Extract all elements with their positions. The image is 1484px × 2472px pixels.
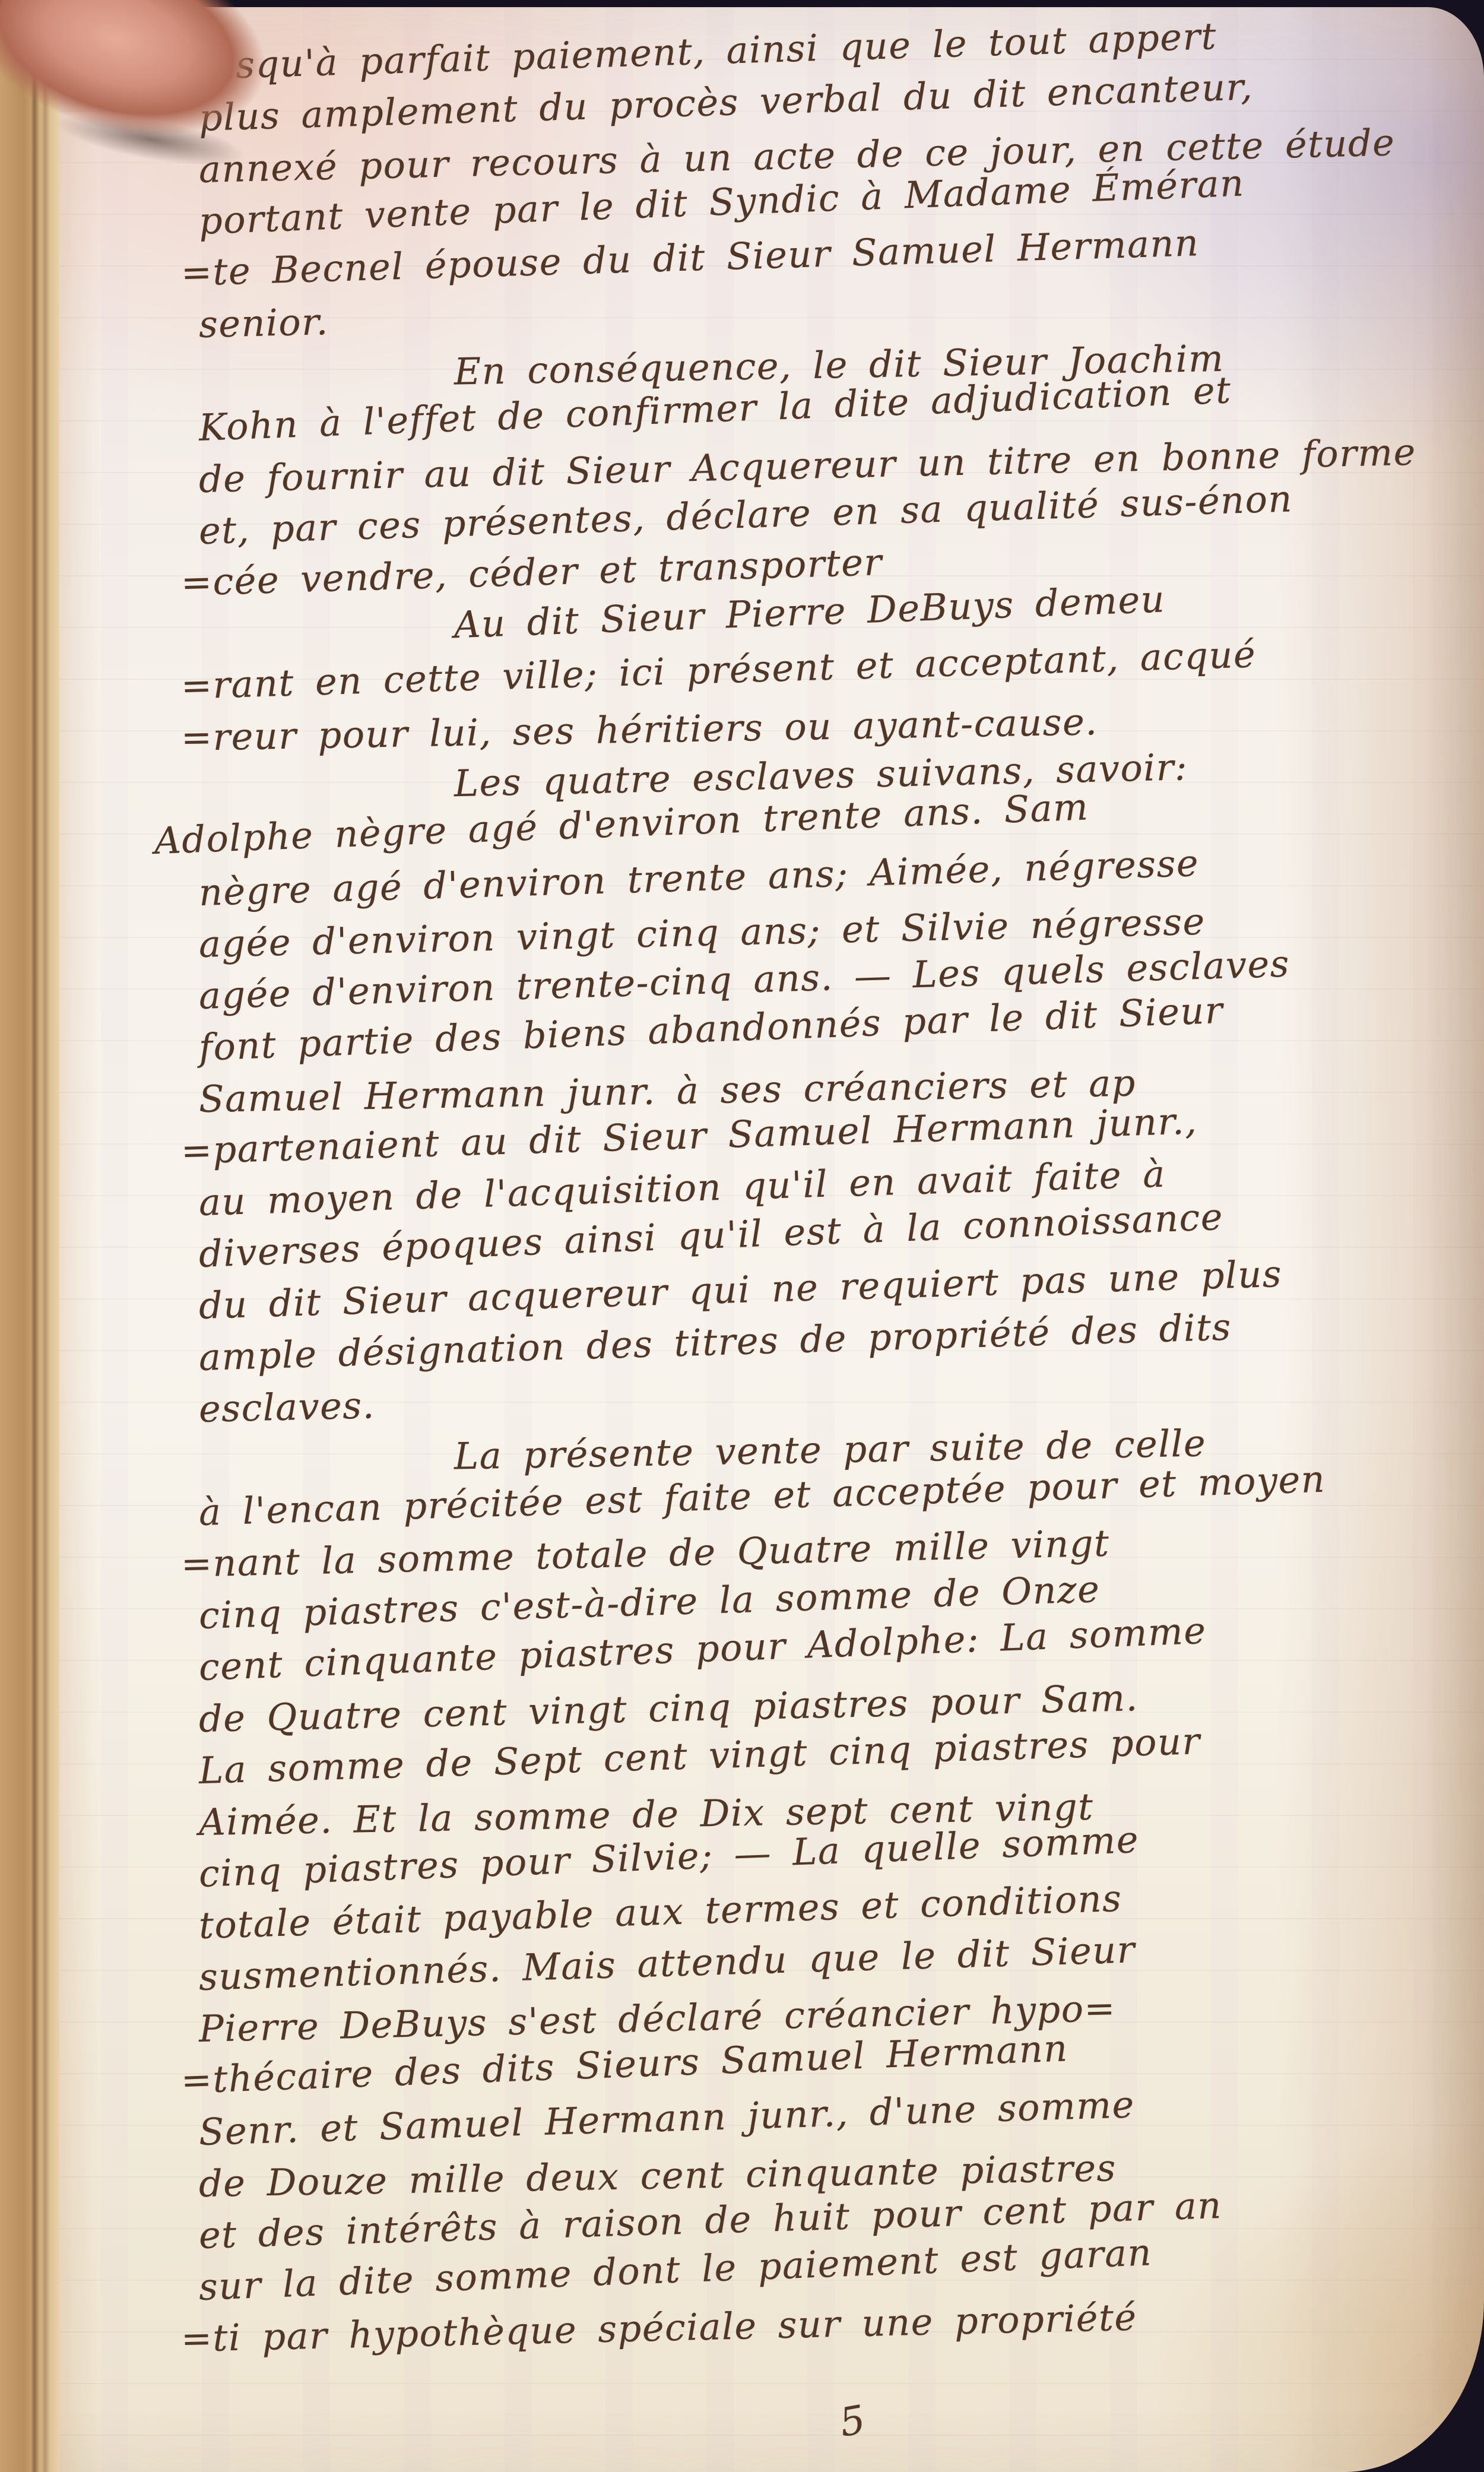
page-number: 5	[836, 2397, 869, 2446]
text-block: jusqu'à parfait paiement, ainsi que le t…	[199, 40, 1481, 2365]
manuscript-page: jusqu'à parfait paiement, ainsi que le t…	[0, 7, 1484, 2472]
photo-background: jusqu'à parfait paiement, ainsi que le t…	[0, 0, 1484, 2472]
book-edge	[0, 7, 59, 2472]
